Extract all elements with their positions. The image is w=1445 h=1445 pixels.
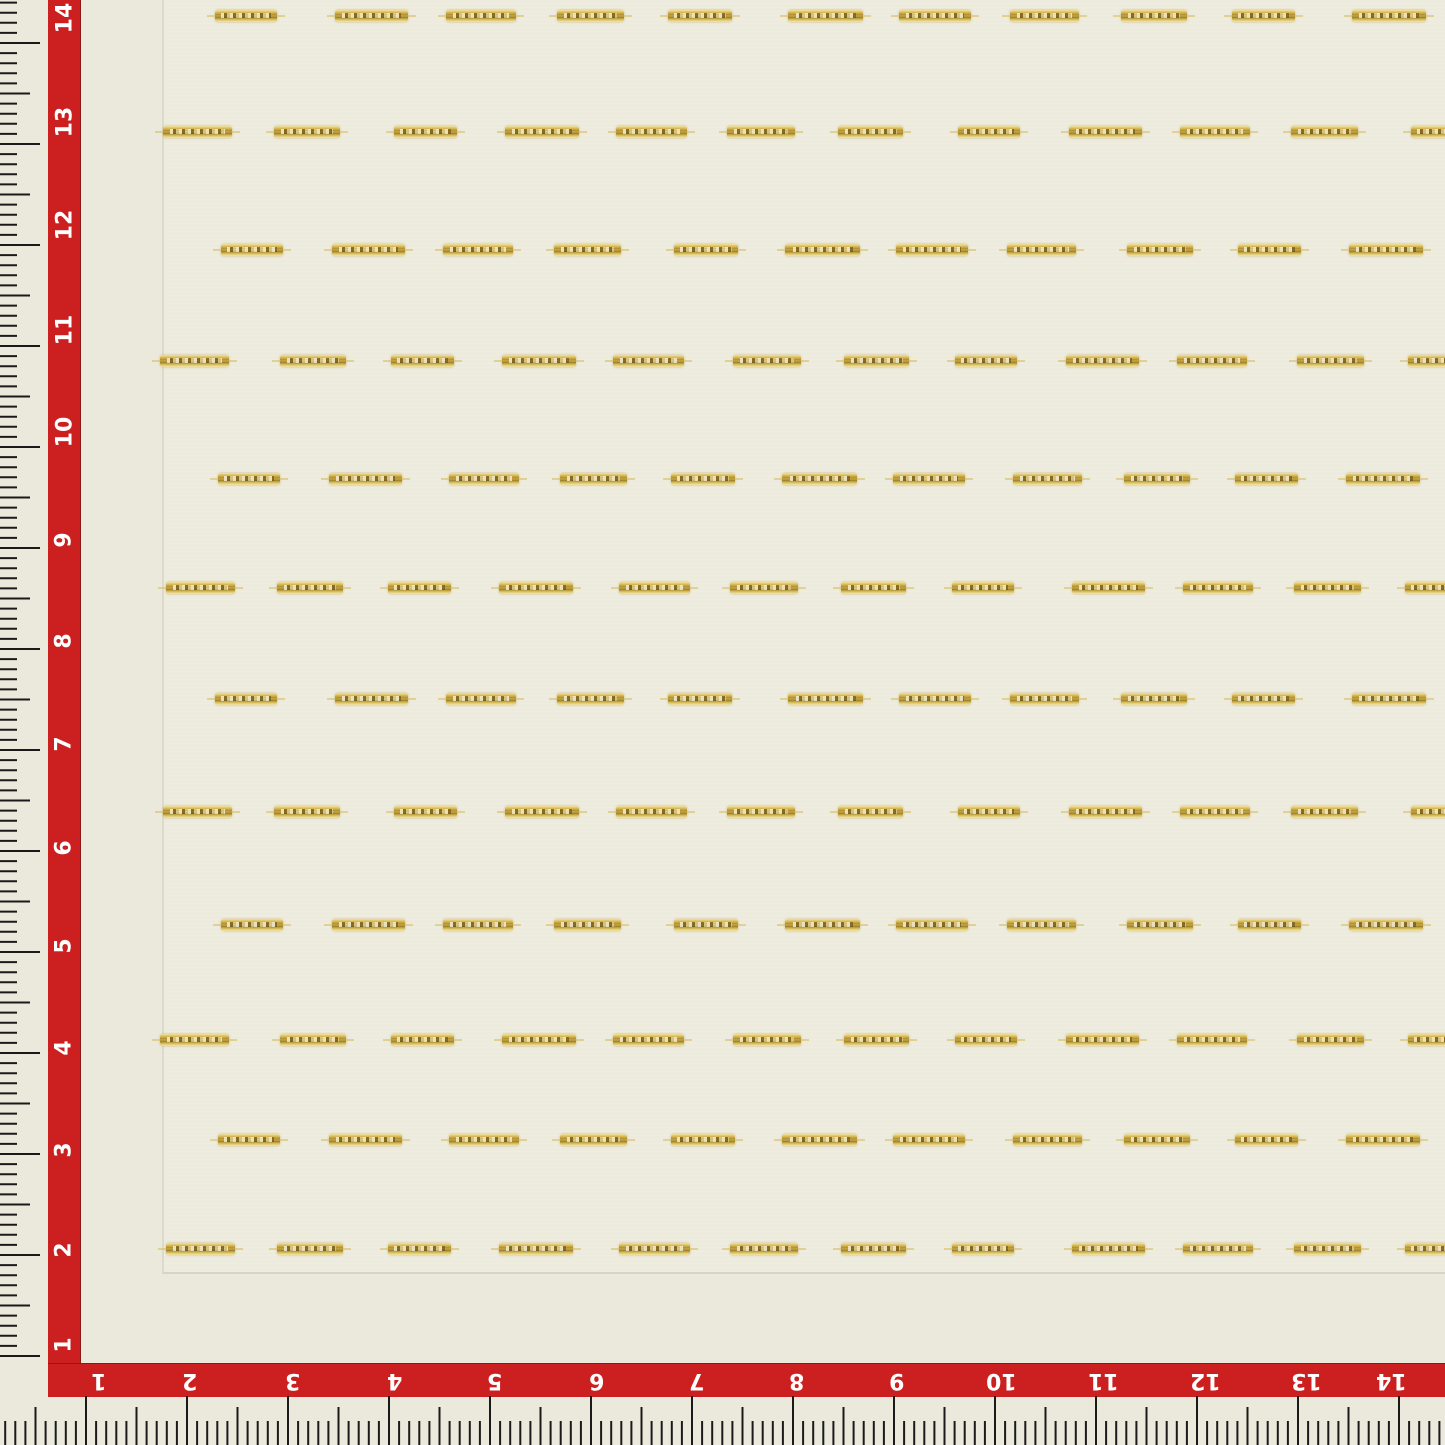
gold-foil-dash (619, 582, 690, 594)
gold-foil-dash (613, 1034, 684, 1046)
gold-foil-dash (1066, 1034, 1139, 1046)
gold-foil-dash (1352, 693, 1426, 705)
gold-foil-dash (727, 806, 795, 818)
vertical-ruler-label: 6 (54, 840, 76, 855)
vertical-ruler-label: 5 (54, 938, 76, 953)
gold-foil-dash (952, 1243, 1014, 1255)
gold-foil-dash (841, 582, 906, 594)
measuring-board: 1413121110987654321 1234567891011121314 (0, 0, 1445, 1445)
horizontal-ruler-label: 8 (789, 1369, 804, 1391)
gold-foil-dash (218, 1134, 280, 1146)
gold-foil-dash (1294, 1243, 1361, 1255)
gold-foil-dash (838, 126, 903, 138)
gold-foil-dash (893, 1134, 965, 1146)
vertical-ruler-label: 13 (54, 107, 76, 138)
gold-foil-dash (1180, 126, 1250, 138)
gold-foil-dash (1177, 355, 1247, 367)
gold-foil-dash (1127, 919, 1193, 931)
gold-foil-dash (1235, 473, 1298, 485)
gold-foil-dash (502, 355, 576, 367)
gold-foil-dash (1352, 10, 1426, 22)
gold-foil-dash (160, 355, 229, 367)
horizontal-ruler-label: 14 (1376, 1369, 1407, 1391)
horizontal-ruler-band: 1234567891011121314 (48, 1363, 1445, 1397)
gold-foil-dash (329, 1134, 402, 1146)
horizontal-ruler-label: 3 (285, 1369, 300, 1391)
horizontal-ruler-label: 12 (1190, 1369, 1221, 1391)
gold-foil-dash (671, 1134, 735, 1146)
gold-foil-dash (730, 582, 798, 594)
gold-foil-dash (668, 10, 732, 22)
gold-foil-dash (727, 126, 795, 138)
gold-foil-dash (557, 693, 624, 705)
gold-foil-dash (896, 244, 968, 256)
gold-foil-dash (893, 473, 965, 485)
gold-foil-dash (1183, 582, 1253, 594)
gold-foil-dash (1177, 1034, 1247, 1046)
gold-foil-dash (1349, 919, 1423, 931)
gold-foil-dash (1405, 582, 1445, 594)
vertical-ruler-label: 12 (54, 210, 76, 241)
gold-foil-dash (896, 919, 968, 931)
gold-foil-dash (215, 693, 277, 705)
gold-foil-dash (502, 1034, 576, 1046)
vertical-ruler-label: 7 (54, 736, 76, 751)
gold-foil-dash (616, 806, 687, 818)
gold-foil-dash (1411, 806, 1445, 818)
vertical-ruler-ticks (0, 0, 45, 1365)
gold-foil-dash (221, 919, 283, 931)
gold-foil-dash (449, 473, 519, 485)
gold-foil-dash (1010, 10, 1079, 22)
horizontal-ruler-label: 10 (986, 1369, 1017, 1391)
gold-foil-dash (1291, 806, 1358, 818)
gold-foil-dash (1346, 1134, 1420, 1146)
gold-foil-dash (1238, 919, 1301, 931)
gold-foil-dash (443, 244, 513, 256)
gold-foil-dash (560, 473, 627, 485)
vertical-ruler-label: 1 (54, 1337, 76, 1352)
gold-foil-dash (557, 10, 624, 22)
gold-foil-dash (332, 919, 405, 931)
gold-foil-dash (1405, 1243, 1445, 1255)
gold-foil-dash (1013, 1134, 1082, 1146)
horizontal-ruler-label: 13 (1291, 1369, 1322, 1391)
gold-foil-dash (730, 1243, 798, 1255)
gold-foil-dash (1291, 126, 1358, 138)
gold-foil-dash (1408, 1034, 1445, 1046)
gold-foil-dash (394, 126, 457, 138)
gold-foil-dash (838, 806, 903, 818)
gold-foil-dash (335, 10, 408, 22)
gold-foil-dash (274, 126, 340, 138)
gold-foil-dash (1121, 10, 1187, 22)
gold-foil-dash (166, 582, 235, 594)
gold-foil-dash (844, 1034, 909, 1046)
gold-foil-dash (616, 126, 687, 138)
gold-foil-dash (388, 1243, 451, 1255)
gold-foil-dash (221, 244, 283, 256)
gold-foil-dash (668, 693, 732, 705)
horizontal-ruler-ticks (0, 1396, 1445, 1445)
gold-foil-dash (1007, 244, 1076, 256)
gold-foil-dash (1294, 582, 1361, 594)
horizontal-ruler-label: 4 (387, 1369, 402, 1391)
horizontal-ruler-label: 7 (689, 1369, 704, 1391)
gold-foil-dash (394, 806, 457, 818)
gold-foil-dash (785, 244, 860, 256)
gold-foil-dash (1408, 355, 1445, 367)
gold-foil-dash (499, 1243, 573, 1255)
gold-foil-dash (1066, 355, 1139, 367)
gold-foil-dash (505, 126, 579, 138)
vertical-ruler-band: 1413121110987654321 (48, 0, 81, 1365)
horizontal-ruler-label: 2 (182, 1369, 197, 1391)
gold-foil-dash (1127, 244, 1193, 256)
gold-foil-dash (671, 473, 735, 485)
gold-foil-dash (280, 1034, 346, 1046)
gold-foil-dash (443, 919, 513, 931)
vertical-ruler-label: 4 (54, 1040, 76, 1055)
gold-foil-dash (1124, 473, 1190, 485)
gold-foil-dash (1235, 1134, 1298, 1146)
gold-foil-dash (280, 355, 346, 367)
vertical-ruler-label: 2 (54, 1242, 76, 1257)
vertical-ruler-label: 3 (54, 1142, 76, 1157)
gold-foil-dash (844, 355, 909, 367)
horizontal-ruler-label: 5 (487, 1369, 502, 1391)
vertical-ruler-label: 14 (54, 3, 76, 34)
gold-foil-dash (166, 1243, 235, 1255)
gold-foil-dash (1180, 806, 1250, 818)
gold-foil-dash (335, 693, 408, 705)
gold-foil-dash (1346, 473, 1420, 485)
gold-foil-dash (554, 244, 621, 256)
gold-foil-dash (952, 582, 1014, 594)
gold-foil-dash (1013, 473, 1082, 485)
gold-foil-dash (788, 693, 863, 705)
gold-foil-dash (560, 1134, 627, 1146)
gold-foil-dash (619, 1243, 690, 1255)
gold-foil-dash (1069, 806, 1142, 818)
gold-foil-dash (788, 10, 863, 22)
gold-foil-dash (1069, 126, 1142, 138)
gold-foil-dash (163, 126, 232, 138)
gold-foil-dash (1238, 244, 1301, 256)
gold-foil-dash (782, 1134, 857, 1146)
gold-foil-dash (1232, 693, 1295, 705)
gold-foil-dash (782, 473, 857, 485)
vertical-ruler-label: 8 (54, 633, 76, 648)
gold-foil-dash (1349, 244, 1423, 256)
gold-foil-dash (1072, 582, 1145, 594)
vertical-ruler-label: 9 (54, 532, 76, 547)
gold-foil-dash (391, 1034, 454, 1046)
horizontal-ruler-label: 9 (889, 1369, 904, 1391)
gold-foil-dash (218, 473, 280, 485)
gold-foil-dash (1010, 693, 1079, 705)
vertical-ruler-label: 10 (54, 417, 76, 448)
gold-foil-dash (958, 126, 1020, 138)
gold-foil-dash (1297, 1034, 1364, 1046)
gold-foil-dash (1297, 355, 1364, 367)
gold-foil-dash (785, 919, 860, 931)
gold-foil-dash (274, 806, 340, 818)
horizontal-ruler-label: 6 (589, 1369, 604, 1391)
gold-foil-dash (1124, 1134, 1190, 1146)
gold-foil-dash (1072, 1243, 1145, 1255)
gold-foil-dash (277, 582, 343, 594)
gold-foil-dash (499, 582, 573, 594)
gold-foil-dash (1007, 919, 1076, 931)
gold-foil-dash (613, 355, 684, 367)
gold-foil-dash (215, 10, 277, 22)
gold-foil-dash (163, 806, 232, 818)
gold-foil-dash (841, 1243, 906, 1255)
gold-foil-dash (446, 693, 516, 705)
gold-foil-dash (449, 1134, 519, 1146)
horizontal-ruler-label: 1 (91, 1369, 106, 1391)
gold-foil-dash (1232, 10, 1295, 22)
vertical-ruler-label: 11 (54, 315, 76, 346)
gold-foil-dash (1411, 126, 1445, 138)
gold-foil-dash (1121, 693, 1187, 705)
gold-foil-dash (446, 10, 516, 22)
gold-foil-dash (554, 919, 621, 931)
gold-foil-dash (277, 1243, 343, 1255)
gold-foil-dash (674, 244, 738, 256)
gold-foil-dash (160, 1034, 229, 1046)
gold-foil-dash (1183, 1243, 1253, 1255)
gold-foil-dash (899, 693, 971, 705)
gold-foil-dash (505, 806, 579, 818)
gold-foil-dash (955, 1034, 1017, 1046)
gold-foil-dash (733, 355, 801, 367)
gold-foil-dash (958, 806, 1020, 818)
gold-foil-dash (955, 355, 1017, 367)
gold-foil-dash (733, 1034, 801, 1046)
gold-foil-dash (388, 582, 451, 594)
gold-foil-dash (329, 473, 402, 485)
gold-foil-dash (332, 244, 405, 256)
fabric-swatch (162, 0, 1445, 1274)
horizontal-ruler-label: 11 (1088, 1369, 1119, 1391)
gold-foil-dash (391, 355, 454, 367)
gold-foil-dash (674, 919, 738, 931)
gold-foil-dash (899, 10, 971, 22)
